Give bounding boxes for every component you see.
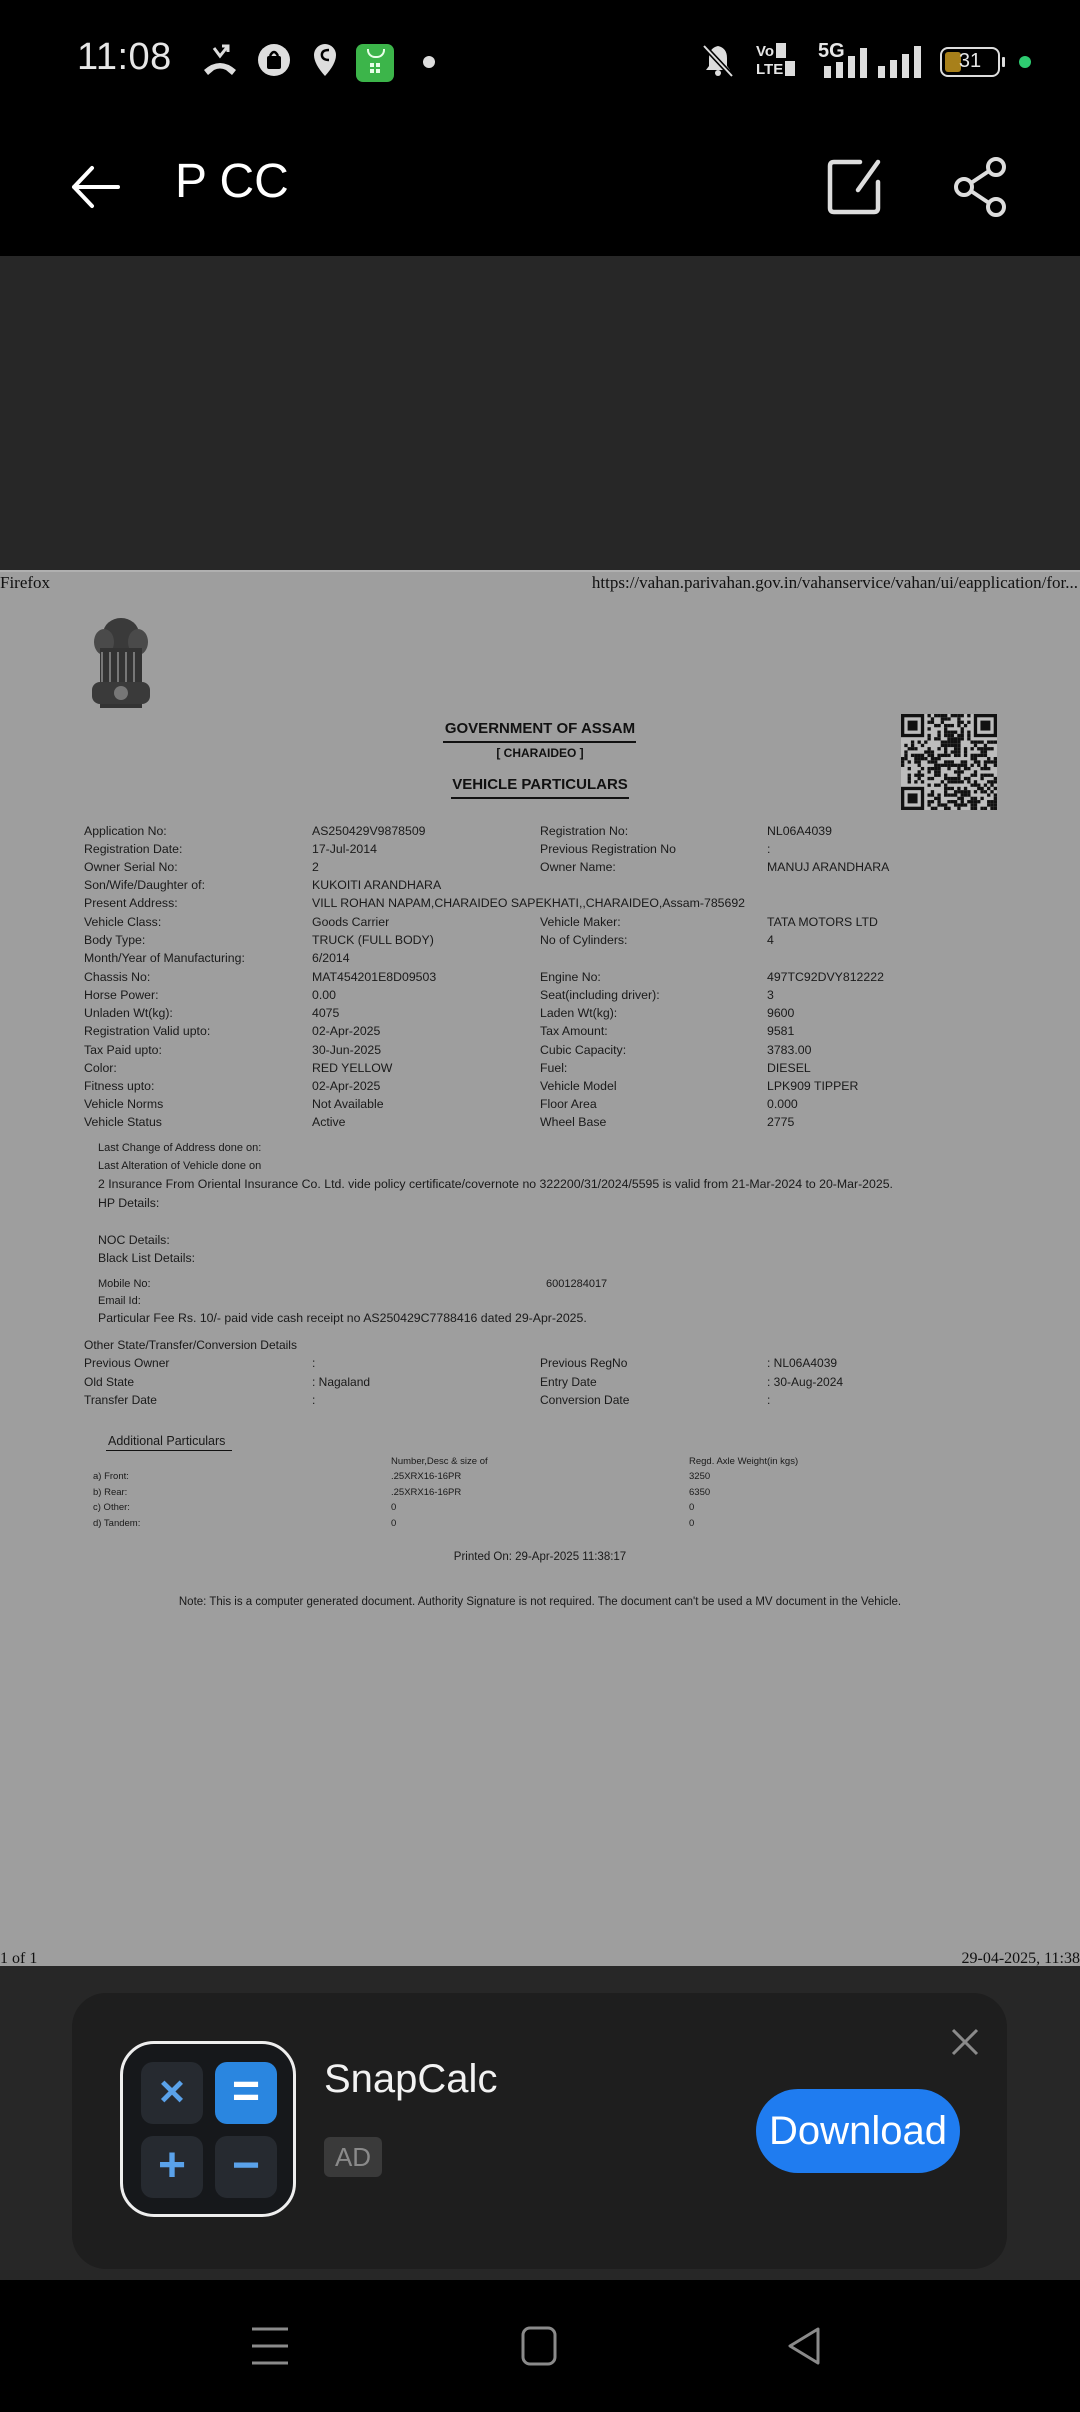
field-value: 30-Jun-2025 bbox=[312, 1043, 381, 1057]
privacy-dot-icon bbox=[1019, 56, 1031, 68]
axle-desc: 0 bbox=[391, 1518, 396, 1529]
district-name: [ CHARAIDEO ] bbox=[0, 746, 1080, 760]
printed-on: Printed On: 29-Apr-2025 11:38:17 bbox=[0, 1551, 1080, 1563]
document-heading: VEHICLE PARTICULARS bbox=[0, 776, 1080, 793]
field-label: Transfer Date bbox=[84, 1393, 157, 1407]
axle-desc: 0 bbox=[391, 1502, 396, 1513]
field-value: 02-Apr-2025 bbox=[312, 1079, 380, 1093]
missed-call-icon bbox=[200, 42, 240, 78]
axle-label: b) Rear: bbox=[93, 1487, 127, 1498]
multiply-key-icon: × bbox=[141, 2062, 203, 2124]
axle-weight: 3250 bbox=[689, 1471, 710, 1482]
field-value: MANUJ ARANDHARA bbox=[767, 860, 889, 874]
status-bar: 11:08 Vo LTE 5G 31 bbox=[0, 0, 1080, 120]
field-label: Tax Paid upto: bbox=[84, 1043, 162, 1057]
field-value: : bbox=[767, 842, 770, 856]
field-value: 2775 bbox=[767, 1115, 794, 1129]
ad-app-name[interactable]: SnapCalc bbox=[324, 2057, 497, 2102]
field-label: Owner Name: bbox=[540, 860, 616, 874]
field-label: Chassis No: bbox=[84, 970, 150, 984]
field-label: Cubic Capacity: bbox=[540, 1043, 626, 1057]
ad-container: × = + − SnapCalc AD Download bbox=[0, 1966, 1080, 2280]
field-label: Engine No: bbox=[540, 970, 601, 984]
axle-label: a) Front: bbox=[93, 1471, 129, 1482]
field-value: AS250429V9878509 bbox=[312, 824, 426, 838]
field-value: 9600 bbox=[767, 1006, 794, 1020]
recents-icon[interactable] bbox=[250, 2326, 290, 2366]
app-bar: P CC bbox=[0, 120, 1080, 256]
field-label: Vehicle Status bbox=[84, 1115, 162, 1129]
axle-weight: 0 bbox=[689, 1502, 694, 1513]
axle-weight: 0 bbox=[689, 1518, 694, 1529]
signal-icon bbox=[876, 44, 924, 80]
field-label: Wheel Base bbox=[540, 1115, 606, 1129]
field-label: Fitness upto: bbox=[84, 1079, 154, 1093]
5g-signal-icon bbox=[822, 44, 884, 80]
axle-weight: 6350 bbox=[689, 1487, 710, 1498]
close-icon[interactable] bbox=[950, 2027, 980, 2057]
axle-desc: .25XRX16-16PR bbox=[391, 1471, 461, 1482]
field-value: Not Available bbox=[312, 1097, 384, 1111]
field-label: Color: bbox=[84, 1061, 117, 1075]
battery-level: 31 bbox=[942, 49, 998, 74]
field-value: 17-Jul-2014 bbox=[312, 842, 377, 856]
government-title: GOVERNMENT OF ASSAM bbox=[0, 720, 1080, 737]
field-label: Vehicle Class: bbox=[84, 915, 161, 929]
edit-icon[interactable] bbox=[826, 156, 886, 218]
green-app-icon bbox=[356, 44, 394, 82]
last-change-address: Last Change of Address done on: bbox=[98, 1142, 261, 1154]
home-icon[interactable] bbox=[520, 2326, 558, 2366]
field-label: Owner Serial No: bbox=[84, 860, 178, 874]
field-value: TRUCK (FULL BODY) bbox=[312, 933, 434, 947]
field-label: Horse Power: bbox=[84, 988, 159, 1002]
field-label: Previous RegNo bbox=[540, 1356, 627, 1370]
arrow-left-icon[interactable] bbox=[66, 158, 124, 216]
mobile-label: Mobile No: bbox=[98, 1278, 151, 1290]
field-label: Floor Area bbox=[540, 1097, 597, 1111]
field-label: Registration No: bbox=[540, 824, 628, 838]
field-value: MAT454201E8D09503 bbox=[312, 970, 436, 984]
swiggy-icon bbox=[310, 42, 340, 78]
last-alteration: Last Alteration of Vehicle done on bbox=[98, 1160, 261, 1172]
field-value: 2 bbox=[312, 860, 319, 874]
field-value: 3 bbox=[767, 988, 774, 1002]
axle-label: c) Other: bbox=[93, 1502, 130, 1513]
share-icon[interactable] bbox=[952, 156, 1008, 218]
fee-note: Particular Fee Rs. 10/- paid vide cash r… bbox=[98, 1311, 587, 1325]
field-value: LPK909 TIPPER bbox=[767, 1079, 858, 1093]
field-label: Old State bbox=[84, 1375, 134, 1389]
insurance-details: 2 Insurance From Oriental Insurance Co. … bbox=[98, 1177, 893, 1191]
field-value: 4 bbox=[767, 933, 774, 947]
field-label: Seat(including driver): bbox=[540, 988, 660, 1002]
field-label: Registration Date: bbox=[84, 842, 182, 856]
field-label: Unladen Wt(kg): bbox=[84, 1006, 173, 1020]
print-header-left: Firefox bbox=[0, 573, 50, 593]
pdf-page[interactable]: Firefox https://vahan.parivahan.gov.in/v… bbox=[0, 570, 1080, 1968]
field-label: Vehicle Norms bbox=[84, 1097, 163, 1111]
hp-details: HP Details: bbox=[98, 1196, 159, 1210]
field-label: No of Cylinders: bbox=[540, 933, 627, 947]
field-label: Previous Registration No bbox=[540, 842, 676, 856]
viewer-background bbox=[0, 256, 1080, 570]
field-value: 0.00 bbox=[312, 988, 336, 1002]
field-value: : bbox=[767, 1393, 770, 1407]
field-label: Month/Year of Manufacturing: bbox=[84, 951, 245, 965]
download-button[interactable]: Download bbox=[756, 2089, 960, 2173]
plus-key-icon: + bbox=[141, 2136, 203, 2198]
blacklist-details: Black List Details: bbox=[98, 1251, 195, 1265]
other-state-title: Other State/Transfer/Conversion Details bbox=[84, 1338, 297, 1352]
field-value: : bbox=[312, 1393, 315, 1407]
field-value: VILL ROHAN NAPAM,CHARAIDEO SAPEKHATI,,CH… bbox=[312, 896, 745, 910]
field-value: : bbox=[312, 1356, 315, 1370]
field-value: DIESEL bbox=[767, 1061, 811, 1075]
axle-weight-header: Regd. Axle Weight(in kgs) bbox=[689, 1456, 798, 1467]
back-icon[interactable] bbox=[784, 2326, 824, 2366]
field-value: : 30-Aug-2024 bbox=[767, 1375, 843, 1389]
status-time: 11:08 bbox=[77, 36, 172, 79]
email-label: Email Id: bbox=[98, 1295, 141, 1307]
print-header-url: https://vahan.parivahan.gov.in/vahanserv… bbox=[592, 573, 1078, 593]
field-label: Vehicle Maker: bbox=[540, 915, 621, 929]
additional-particulars-title: Additional Particulars bbox=[108, 1434, 225, 1448]
shopping-bag-icon bbox=[256, 42, 292, 78]
ad-badge: AD bbox=[324, 2137, 382, 2177]
field-value: : NL06A4039 bbox=[767, 1356, 837, 1370]
field-value: Goods Carrier bbox=[312, 915, 389, 929]
axle-label: d) Tandem: bbox=[93, 1518, 140, 1529]
field-label: Vehicle Model bbox=[540, 1079, 617, 1093]
field-value: 6/2014 bbox=[312, 951, 350, 965]
battery-icon: 31 bbox=[940, 47, 1000, 77]
field-label: Conversion Date bbox=[540, 1393, 629, 1407]
field-value: 3783.00 bbox=[767, 1043, 811, 1057]
field-value: 9581 bbox=[767, 1024, 794, 1038]
field-value: 4075 bbox=[312, 1006, 339, 1020]
equals-key-icon: = bbox=[215, 2062, 277, 2124]
field-label: Laden Wt(kg): bbox=[540, 1006, 617, 1020]
field-label: Present Address: bbox=[84, 896, 178, 910]
field-value: 0.000 bbox=[767, 1097, 798, 1111]
field-value: NL06A4039 bbox=[767, 824, 832, 838]
field-value: RED YELLOW bbox=[312, 1061, 392, 1075]
field-label: Body Type: bbox=[84, 933, 145, 947]
navigation-bar bbox=[0, 2280, 1080, 2412]
minus-key-icon: − bbox=[215, 2136, 277, 2198]
field-label: Registration Valid upto: bbox=[84, 1024, 210, 1038]
field-label: Entry Date bbox=[540, 1375, 597, 1389]
axle-desc-header: Number,Desc & size of bbox=[391, 1456, 488, 1467]
field-label: Fuel: bbox=[540, 1061, 567, 1075]
mobile-value: 6001284017 bbox=[546, 1278, 607, 1290]
field-value: 02-Apr-2025 bbox=[312, 1024, 380, 1038]
snapcalc-app-icon[interactable]: × = + − bbox=[120, 2041, 296, 2217]
mute-bell-icon bbox=[700, 42, 736, 78]
document-title: P CC bbox=[175, 154, 289, 209]
noc-details: NOC Details: bbox=[98, 1233, 170, 1247]
notification-dot-icon bbox=[423, 56, 435, 68]
volte-icon: Vo LTE bbox=[756, 43, 796, 83]
national-emblem-icon bbox=[76, 612, 166, 712]
field-value: KUKOITI ARANDHARA bbox=[312, 878, 441, 892]
field-value: : Nagaland bbox=[312, 1375, 370, 1389]
axle-desc: .25XRX16-16PR bbox=[391, 1487, 461, 1498]
field-label: Tax Amount: bbox=[540, 1024, 608, 1038]
field-value: 497TC92DVY812222 bbox=[767, 970, 884, 984]
field-value: TATA MOTORS LTD bbox=[767, 915, 878, 929]
field-label: Application No: bbox=[84, 824, 167, 838]
field-label: Previous Owner bbox=[84, 1356, 169, 1370]
ad-card[interactable]: × = + − SnapCalc AD Download bbox=[72, 1993, 1007, 2269]
field-value: Active bbox=[312, 1115, 346, 1129]
disclaimer-note: Note: This is a computer generated docum… bbox=[0, 1596, 1080, 1608]
field-label: Son/Wife/Daughter of: bbox=[84, 878, 205, 892]
